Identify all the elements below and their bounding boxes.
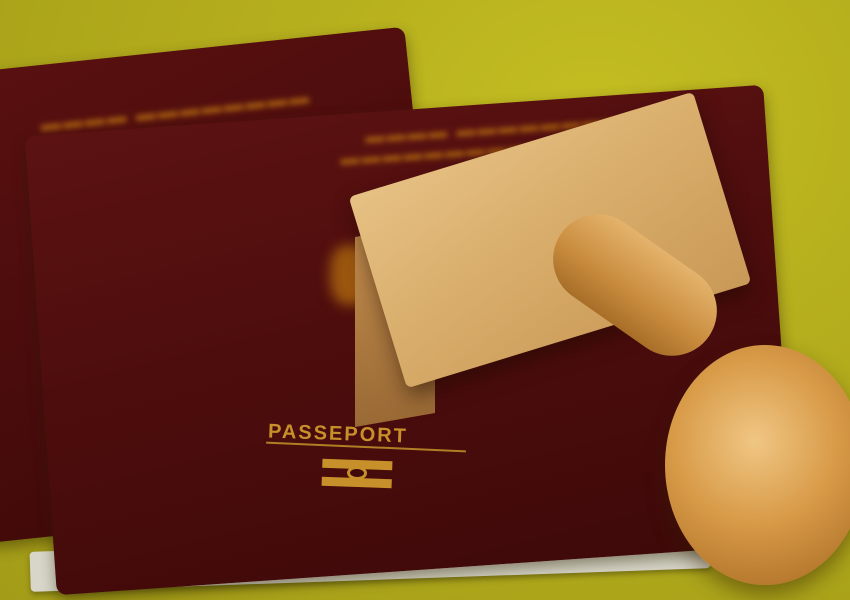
photo-scene: ▬▬▬▬ ▬▬▬▬▬▬▬▬ ▬▬▬▬▬▬▬▬▬▬ ▬▬▬ ▬▬▬▬ ▬▬▬▬▬▬… <box>0 0 850 600</box>
biometric-chip-icon <box>322 459 393 489</box>
stamp-knob <box>665 345 850 585</box>
